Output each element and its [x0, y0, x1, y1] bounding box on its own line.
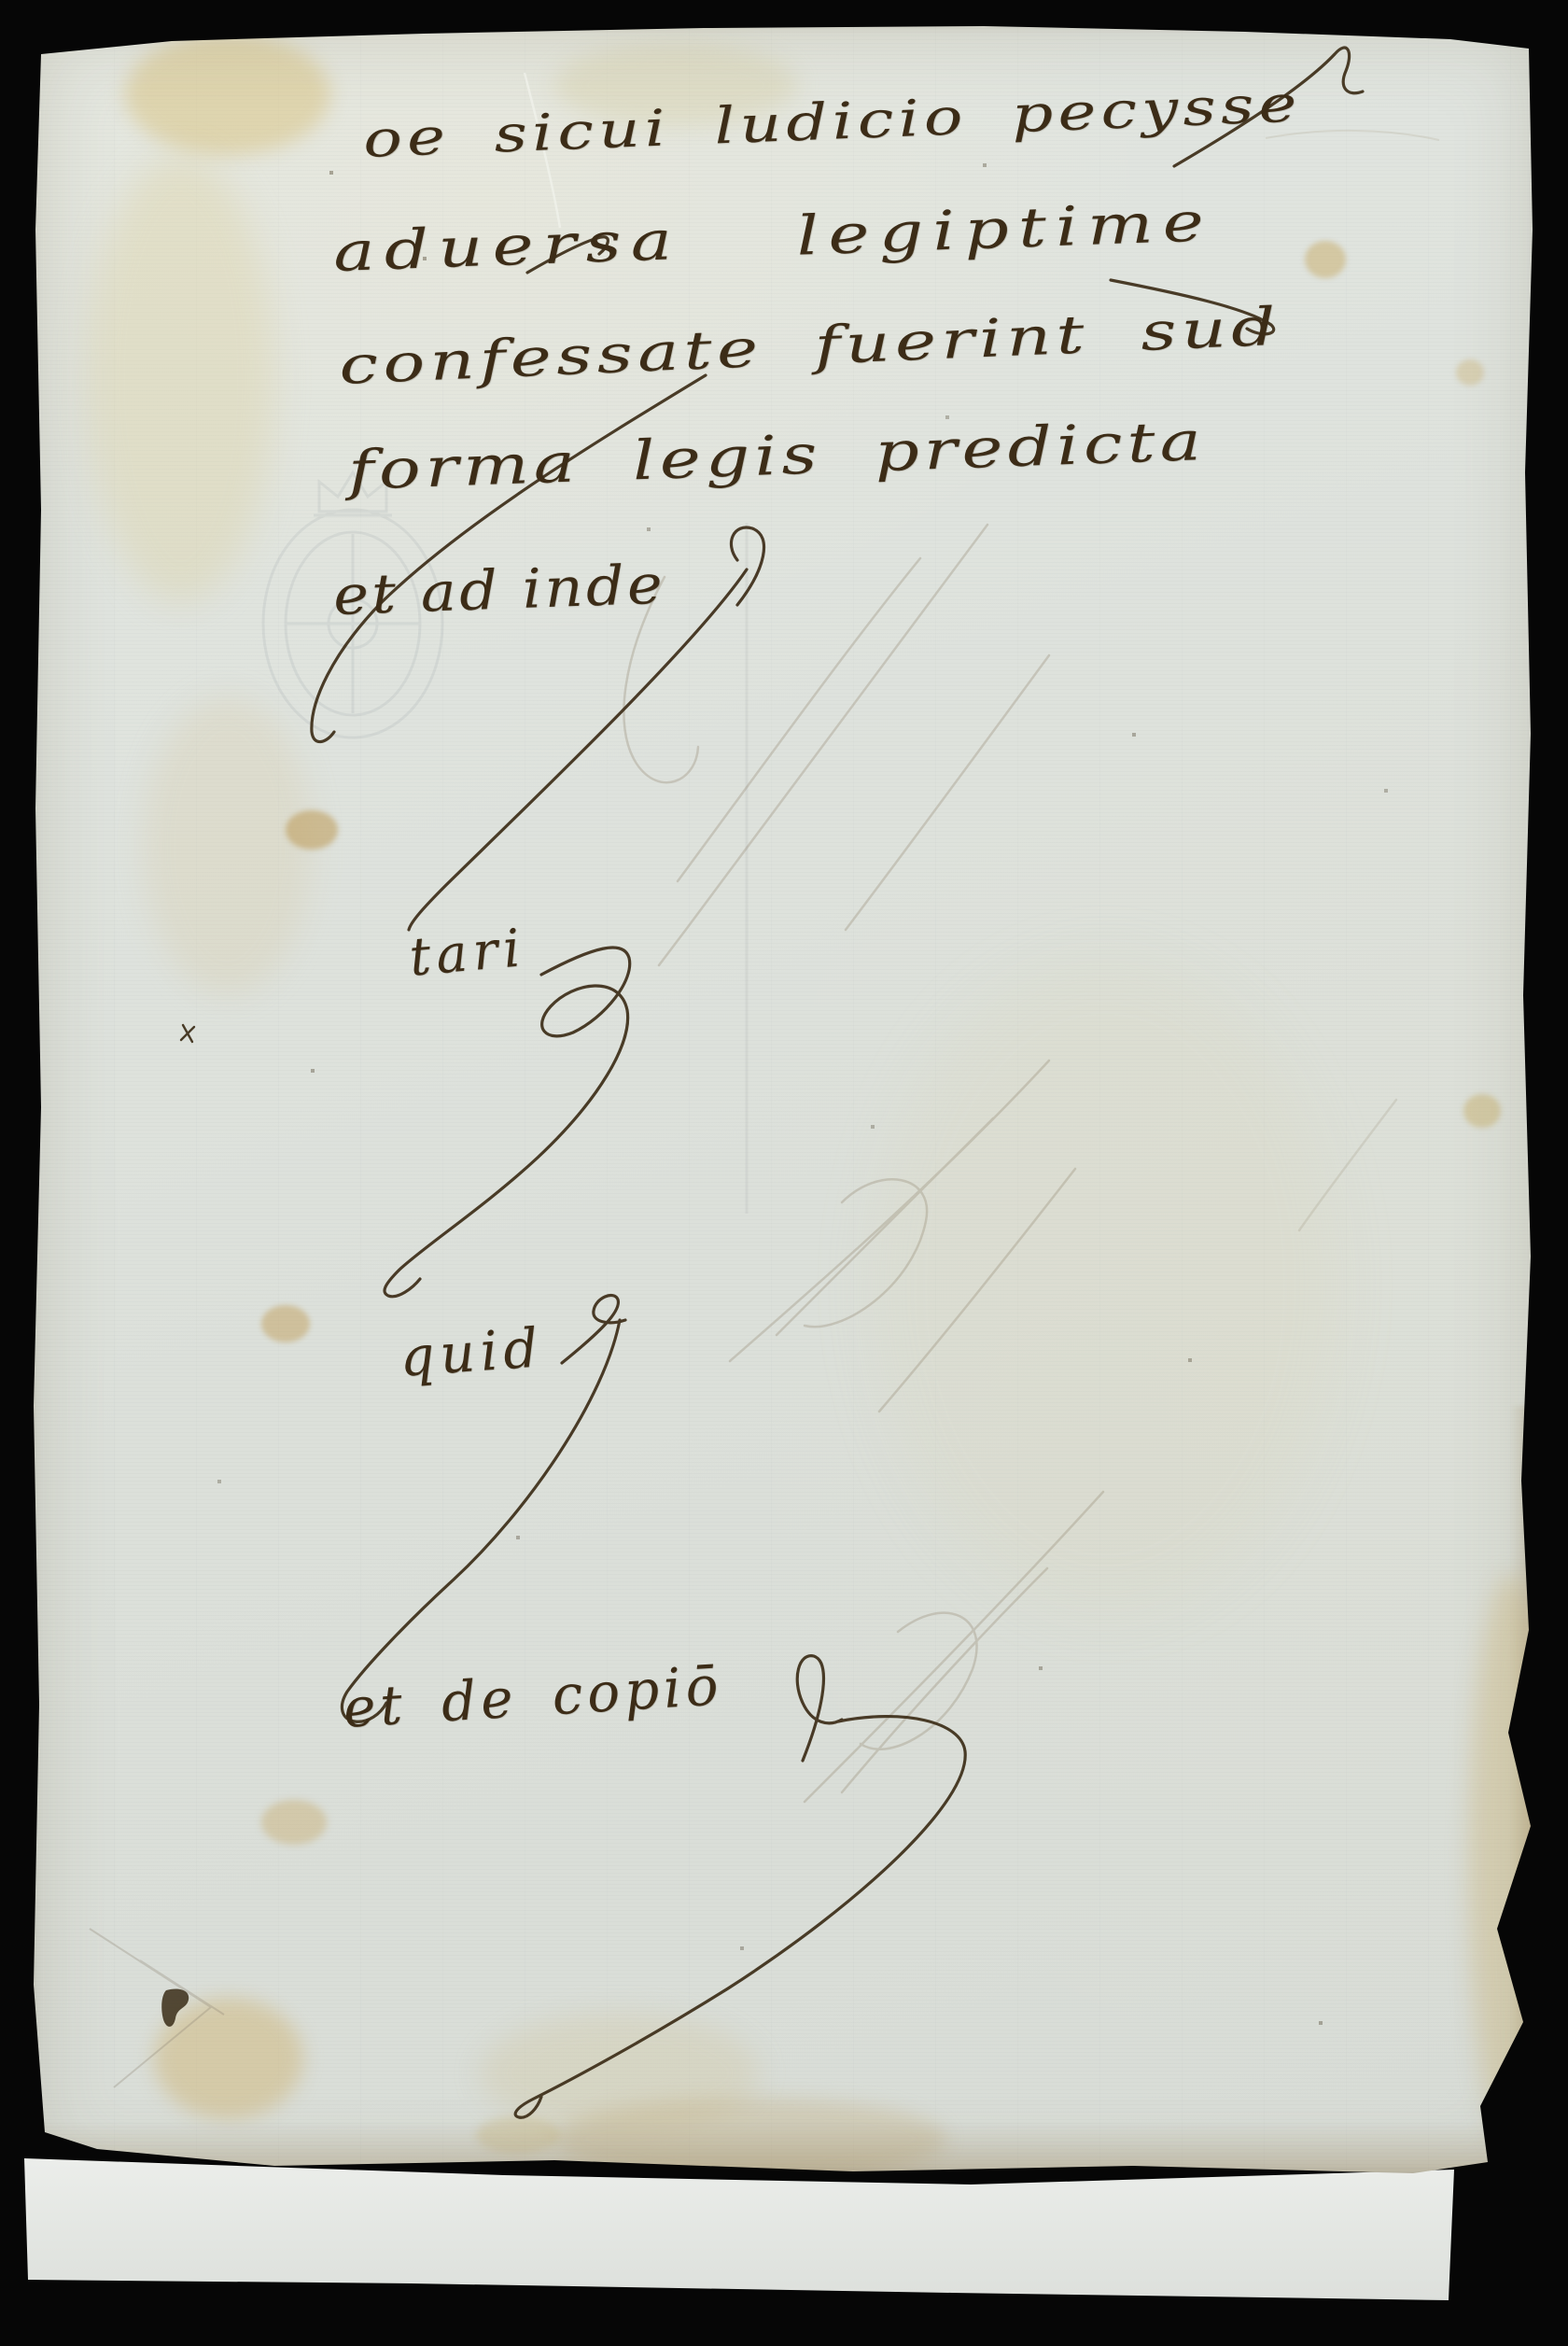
- paper-specks: [32, 24, 34, 26]
- photo-background: oe sicui ludicio pecysse aduersa legipti…: [0, 0, 1568, 2346]
- handwriting-line-5: et ad inde: [332, 553, 666, 627]
- handwriting-line-6: tari: [407, 918, 528, 989]
- handwriting-line-7: quid: [398, 1315, 546, 1389]
- backing-paper: [19, 2153, 1460, 2306]
